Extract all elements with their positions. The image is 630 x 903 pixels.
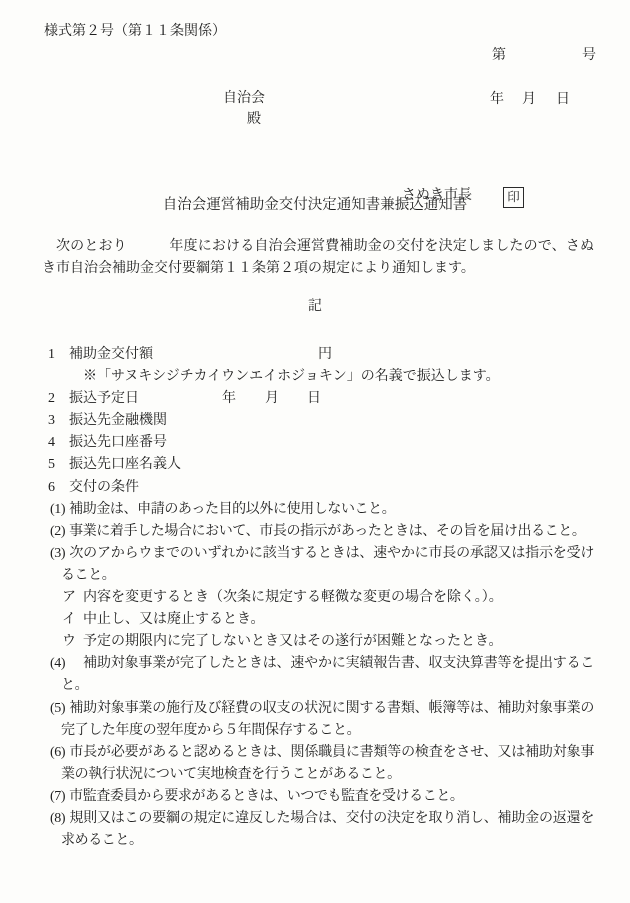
list-item-account-number: 4振込先口座番号 — [42, 432, 594, 454]
notice-list: 1補助金交付額 円 ※「サヌキシジチカイウンエイホジョキン」の名義で振込します。… — [42, 344, 594, 852]
condition-text: 補助対象事業の施行及び経費の収支の状況に関する書類、帳簿等は、補助対象事業の完了… — [61, 701, 594, 738]
transfer-name-note: ※「サヌキシジチカイウンエイホジョキン」の名義で振込します。 — [42, 366, 594, 388]
list-item-conditions: 6交付の条件 — [42, 477, 594, 499]
list-item-account-holder: 5振込先口座名義人 — [42, 454, 594, 476]
condition-number: (1) — [50, 502, 65, 517]
condition-item-4: (4) 補助対象事業が完了したときは、速やかに実績報告書、収支決算書等を提出する… — [42, 653, 594, 697]
transfer-month-label: 月 — [265, 388, 279, 410]
amount-unit-label: 円 — [318, 344, 332, 366]
transfer-day-label: 日 — [307, 388, 321, 410]
item-label: 交付の条件 — [69, 480, 139, 495]
document-page: 様式第２号（第１１条関係） 第 号 年 月 日 自治会 殿 さぬき市長 印 自治… — [0, 0, 630, 903]
condition-text: 市監査委員から要求があるときは、いつでも監査を受けること。 — [69, 789, 463, 804]
item-number: 6 — [42, 477, 69, 499]
doc-number-line: 第 号 — [42, 45, 588, 67]
year-label: 年 — [490, 89, 504, 111]
condition-number: (2) — [50, 524, 65, 539]
sub-condition-item-i: イ中止し、又は廃止するとき。 — [42, 609, 594, 631]
item-number: 4 — [42, 432, 69, 454]
condition-item-3: (3)次のアからウまでのいずれかに該当するときは、速やかに市長の承認又は指示を受… — [42, 543, 594, 587]
opening-paragraph: 次のとおり 年度における自治会運営費補助金の交付を決定しましたので、さぬき市自治… — [42, 236, 594, 281]
sub-condition-text: 内容を変更するとき（次条に規定する軽微な変更の場合を除く。）。 — [83, 590, 503, 605]
condition-item-8: (8)規則又はこの要綱の規定に違反した場合は、交付の決定を取り消し、補助金の返還… — [42, 808, 594, 852]
condition-text: 補助対象事業が完了したときは、速やかに実績報告書、収支決算書等を提出すること。 — [61, 656, 594, 693]
item-label: 振込先口座番号 — [69, 435, 167, 450]
doc-number-suffix: 号 — [582, 45, 596, 67]
item-label: 振込先金融機関 — [69, 413, 167, 428]
condition-number: (5) — [50, 701, 65, 716]
list-item-transfer-date: 2振込予定日 年 月 日 — [42, 388, 594, 410]
document-title: 自治会運営補助金交付決定通知書兼振込通知書 — [0, 194, 630, 216]
addressee-name: 自治会 — [223, 88, 265, 110]
item-label: 振込予定日 — [69, 391, 139, 406]
condition-item-5: (5)補助対象事業の施行及び経費の収支の状況に関する書類、帳簿等は、補助対象事業… — [42, 698, 594, 742]
condition-text: 規則又はこの要綱の規定に違反した場合は、交付の決定を取り消し、補助金の返還を求め… — [61, 811, 594, 848]
condition-number: (3) — [50, 546, 65, 561]
list-item-amount: 1補助金交付額 円 — [42, 344, 594, 366]
transfer-year-label: 年 — [222, 388, 236, 410]
doc-number-prefix: 第 — [492, 45, 506, 67]
month-label: 月 — [522, 89, 536, 111]
item-number: 3 — [42, 410, 69, 432]
date-line: 年 月 日 — [42, 89, 588, 111]
sub-condition-number: ウ — [62, 634, 76, 649]
item-label: 振込先口座名義人 — [69, 457, 181, 472]
sub-condition-number: イ — [62, 612, 76, 627]
condition-item-1: (1)補助金は、申請のあった目的以外に使用しないこと。 — [42, 499, 594, 521]
condition-text: 市長が必要があると認めるときは、関係職員に書類等の検査をさせ、又は補助対象事業の… — [61, 745, 594, 782]
condition-text: 補助金は、申請のあった目的以外に使用しないこと。 — [69, 502, 395, 517]
form-number-label: 様式第２号（第１１条関係） — [44, 21, 226, 43]
condition-item-2: (2)事業に着手した場合において、市長の指示があったときは、その旨を届け出ること… — [42, 521, 594, 543]
condition-number: (8) — [50, 811, 65, 826]
condition-number: (7) — [50, 789, 65, 804]
sub-condition-item-u: ウ予定の期限内に完了しないとき又はその遂行が困難となったとき。 — [42, 631, 594, 653]
condition-text: 次のアからウまでのいずれかに該当するときは、速やかに市長の承認又は指示を受けるこ… — [61, 546, 594, 583]
item-label: 補助金交付額 — [69, 347, 153, 362]
item-number: 1 — [42, 344, 69, 366]
list-item-bank: 3振込先金融機関 — [42, 410, 594, 432]
item-number: 5 — [42, 454, 69, 476]
condition-item-7: (7)市監査委員から要求があるときは、いつでも監査を受けること。 — [42, 786, 594, 808]
section-marker-ki: 記 — [0, 296, 630, 318]
condition-number: (4) — [50, 656, 65, 671]
condition-text: 事業に着手した場合において、市長の指示があったときは、その旨を届け出ること。 — [69, 524, 585, 539]
condition-item-6: (6)市長が必要があると認めるときは、関係職員に書類等の検査をさせ、又は補助対象… — [42, 742, 594, 786]
sub-condition-number: ア — [62, 590, 76, 605]
sub-condition-text: 中止し、又は廃止するとき。 — [83, 612, 264, 627]
sub-condition-item-a: ア内容を変更するとき（次条に規定する軽微な変更の場合を除く。）。 — [42, 587, 594, 609]
day-label: 日 — [556, 89, 570, 111]
sub-condition-text: 予定の期限内に完了しないとき又はその遂行が困難となったとき。 — [83, 634, 502, 649]
addressee-honorific: 殿 — [247, 109, 261, 131]
item-number: 2 — [42, 388, 69, 410]
condition-number: (6) — [50, 745, 65, 760]
